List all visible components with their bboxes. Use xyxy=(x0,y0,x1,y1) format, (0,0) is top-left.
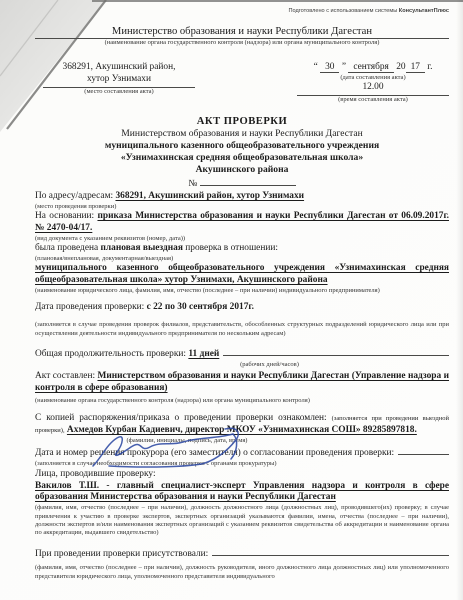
conducted-paragraph: была проведена плановая выездная проверк… xyxy=(35,243,449,255)
date-century: 20 xyxy=(396,62,405,72)
conducted-suffix: проверка в отношении: xyxy=(185,243,278,253)
date-caption: (дата составления акта) xyxy=(297,74,449,82)
date-of-act-block: “ 30 ” сентября 2017 г. (дата составлени… xyxy=(297,62,449,104)
address-paragraph: По адресу/адресам: 368291, Акушинский ра… xyxy=(35,191,449,203)
place-line1: 368291, Акушинский район, xyxy=(35,62,203,74)
inspectors-heading: Лица, проводившие проверку: xyxy=(35,469,449,481)
inspection-dates-paragraph: Дата проведения проверки: с 22 по 30 сен… xyxy=(35,302,449,314)
quote-open: “ xyxy=(314,62,318,72)
place-line2: хутор Узнимахи xyxy=(43,74,195,88)
act-number-line: № xyxy=(35,177,449,191)
duration-caption: (рабочих дней/часов) xyxy=(35,361,449,369)
place-caption: (место составления акта) xyxy=(35,88,203,96)
date-suffix: г. xyxy=(427,62,432,72)
act-subtitle-1: Министерством образования и науки Респуб… xyxy=(35,128,449,140)
act-title-block: АКТ ПРОВЕРКИ Министерством образования и… xyxy=(35,116,449,190)
time-caption: (время составления акта) xyxy=(297,96,449,104)
address-value: 368291, Акушинский район, хутор Узнимахи xyxy=(115,191,304,201)
header-columns: 368291, Акушинский район, хутор Узнимахи… xyxy=(35,62,449,104)
basis-label: На основании: xyxy=(35,211,94,221)
basis-caption: (вид документа с указанием реквизитов (н… xyxy=(35,235,449,243)
date-year: 17 xyxy=(406,62,425,73)
inspectors-value: Вакилов Т.Ш. - главный специалист-экспер… xyxy=(35,481,449,503)
basis-paragraph: На основании: приказа Министерства образ… xyxy=(35,211,449,235)
copy-value: Ахмедов Курбан Кадиевич, директор МКОУ «… xyxy=(67,425,417,435)
act-title: АКТ ПРОВЕРКИ xyxy=(35,116,449,128)
place-of-act-block: 368291, Акушинский район, хутор Узнимахи… xyxy=(35,62,203,104)
time-line: 12.00 xyxy=(297,82,449,96)
copy-acquainted-paragraph: С копией распоряжения/приказа о проведен… xyxy=(35,413,449,437)
duration-value: 11 дней xyxy=(188,349,219,361)
copy-acquainted-section: С копией распоряжения/приказа о проведен… xyxy=(35,413,449,445)
act-subtitle-2: муниципального казенного общеобразовател… xyxy=(35,140,449,152)
authority-name-line: Министерство образования и науки Республ… xyxy=(35,26,449,39)
entity-value: муниципального казенного общеобразовател… xyxy=(35,263,449,285)
entity-caption: (наименование юридического лица, фамилия… xyxy=(35,287,449,295)
document-content: Подготовлено с использованием системы Ко… xyxy=(35,0,449,581)
date-day: 30 xyxy=(320,62,339,73)
scan-shade-artifact xyxy=(456,0,463,600)
duration-label: Общая продолжительность проверки: xyxy=(35,349,186,361)
prosecutor-label: Дата и номер решения прокурора (его заме… xyxy=(35,448,394,460)
address-label: По адресу/адресам: xyxy=(35,191,113,201)
duration-blank-field xyxy=(223,346,449,356)
address-caption: (место проведения проверки) xyxy=(35,203,449,211)
copy-caption: (фамилии, инициалы, подпись, дата, время… xyxy=(35,437,449,445)
inspectors-caption: (фамилия, имя, отчество (последнее – при… xyxy=(35,504,449,537)
consultantplus-watermark: Подготовлено с использованием системы Ко… xyxy=(35,8,449,14)
prosecutor-blank-field xyxy=(398,445,449,455)
number-label: № xyxy=(188,179,197,189)
basis-value: приказа Министерства образования и науки… xyxy=(35,211,449,233)
entity-paragraph: муниципального казенного общеобразовател… xyxy=(35,263,449,287)
present-blank-field xyxy=(212,546,449,556)
date-month: сентября xyxy=(348,62,394,73)
duration-line: Общая продолжительность проверки: 11 дне… xyxy=(35,346,449,361)
act-subtitle-3: «Узнимахинская средняя общеобразовательн… xyxy=(35,152,449,164)
watermark-brand: КонсультантПлюс xyxy=(399,8,449,14)
composed-paragraph: Акт составлен: Министерством образования… xyxy=(35,371,449,395)
number-blank-field xyxy=(200,177,296,186)
inspection-dates-caption: (заполняется в случае проведения проверо… xyxy=(35,321,449,338)
prosecutor-line: Дата и номер решения прокурора (его заме… xyxy=(35,445,449,460)
composed-label: Акт составлен: xyxy=(35,371,95,381)
copy-prefix: С копией распоряжения/приказа о проведен… xyxy=(35,413,327,423)
watermark-text: Подготовлено с использованием системы xyxy=(288,8,398,14)
scanned-document-page: Подготовлено с использованием системы Ко… xyxy=(0,0,463,600)
inspection-dates-value: с 22 по 30 сентября 2017г. xyxy=(147,302,254,312)
inspectors-paragraph: Вакилов Т.Ш. - главный специалист-экспер… xyxy=(35,481,449,505)
present-caption: (фамилия, имя, отчество (последнее – при… xyxy=(35,564,449,581)
prosecutor-caption: (заполняется в случае необходимости согл… xyxy=(35,460,449,468)
conducted-prefix: была проведена xyxy=(35,243,98,253)
authority-caption: (наименование органа государственного ко… xyxy=(35,39,449,47)
act-subtitle-4: Акушинского района xyxy=(35,164,449,176)
present-label: При проведении проверки присутствовали: xyxy=(35,549,208,561)
composed-value: Министерством образования и науки Респуб… xyxy=(35,371,449,393)
inspection-dates-label: Дата проведения проверки: xyxy=(35,302,144,312)
composed-caption: (наименование органа государственного ко… xyxy=(35,397,449,405)
date-line: “ 30 ” сентября 2017 г. xyxy=(297,62,449,74)
conducted-type: плановая выездная xyxy=(101,243,183,253)
quote-close: ” xyxy=(342,62,346,72)
present-line: При проведении проверки присутствовали: xyxy=(35,546,449,561)
